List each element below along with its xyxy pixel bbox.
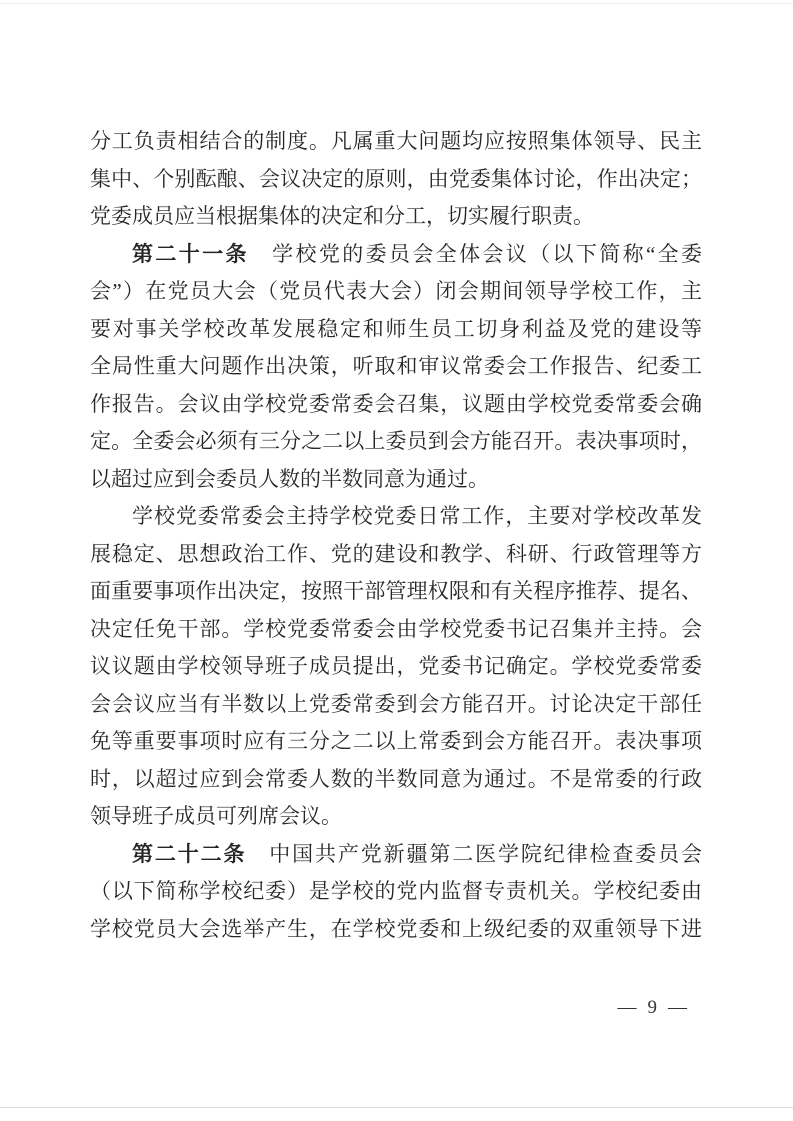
text-line: 集中、个别酝酿、会议决定的原则，由党委集体讨论，作出决定； xyxy=(90,161,702,199)
text-line: 定。全委会必须有三分之二以上委员到会方能召开。表决事项时， xyxy=(90,423,702,461)
text-line: 全局性重大问题作出决策，听取和审议常委会工作报告、纪委工 xyxy=(90,348,702,386)
text-line: 以超过应到会委员人数的半数同意为通过。 xyxy=(90,461,702,499)
text-line: 展稳定、思想政治工作、党的建设和教学、科研、行政管理等方 xyxy=(90,536,702,574)
text-line: 领导班子成员可列席会议。 xyxy=(90,798,702,836)
text-line: 议议题由学校领导班子成员提出，党委书记确定。学校党委常委 xyxy=(90,648,702,686)
text-line: 分工负责相结合的制度。凡属重大问题均应按照集体领导、民主 xyxy=(90,123,702,161)
text-line: 学校党员大会选举产生，在学校党委和上级纪委的双重领导下进 xyxy=(90,911,702,949)
text-line: 第二十二条 中国共产党新疆第二医学院纪律检查委员会 xyxy=(90,836,702,874)
text-line: 决定任免干部。学校党委常委会由学校党委书记召集并主持。会 xyxy=(90,611,702,649)
footer-dash-left: — xyxy=(618,997,637,1018)
paragraph: 第二十二条 中国共产党新疆第二医学院纪律检查委员会（以下简称学校纪委）是学校的党… xyxy=(90,836,702,949)
text-line: 第二十一条 学校党的委员会全体会议（以下简称“全委 xyxy=(90,236,702,274)
text-line: 党委成员应当根据集体的决定和分工，切实履行职责。 xyxy=(90,198,702,236)
text-line: （以下简称学校纪委）是学校的党内监督专责机关。学校纪委由 xyxy=(90,873,702,911)
text-line: 要对事关学校改革发展稳定和师生员工切身利益及党的建设等 xyxy=(90,311,702,349)
text-line: 时，以超过应到会常委人数的半数同意为通过。不是常委的行政 xyxy=(90,761,702,799)
scan-artifact-top-edge xyxy=(0,3,793,4)
text-line: 免等重要事项时应有三分之二以上常委到会方能召开。表决事项 xyxy=(90,723,702,761)
text-line: 面重要事项作出决定，按照干部管理权限和有关程序推荐、提名、 xyxy=(90,573,702,611)
document-page: 分工负责相结合的制度。凡属重大问题均应按照集体领导、民主集中、个别酝酿、会议决定… xyxy=(0,0,793,1121)
article-number-heading: 第二十一条 xyxy=(132,243,249,266)
text-line: 会会议应当有半数以上党委常委到会方能召开。讨论决定干部任 xyxy=(90,686,702,724)
document-body: 分工负责相结合的制度。凡属重大问题均应按照集体领导、民主集中、个别酝酿、会议决定… xyxy=(90,123,702,948)
paragraph: 分工负责相结合的制度。凡属重大问题均应按照集体领导、民主集中、个别酝酿、会议决定… xyxy=(90,123,702,236)
page-footer: —9— xyxy=(618,997,688,1019)
article-number-heading: 第二十二条 xyxy=(132,843,246,866)
paragraph: 学校党委常委会主持学校党委日常工作，主要对学校改革发展稳定、思想政治工作、党的建… xyxy=(90,498,702,836)
footer-dash-right: — xyxy=(668,997,687,1018)
text-line: 会”）在党员大会（党员代表大会）闭会期间领导学校工作，主 xyxy=(90,273,702,311)
page-number: 9 xyxy=(648,997,658,1018)
paragraph: 第二十一条 学校党的委员会全体会议（以下简称“全委会”）在党员大会（党员代表大会… xyxy=(90,236,702,499)
text-line: 学校党委常委会主持学校党委日常工作，主要对学校改革发 xyxy=(90,498,702,536)
text-line: 作报告。会议由学校党委常委会召集，议题由学校党委常委会确 xyxy=(90,386,702,424)
scan-artifact-bottom-line xyxy=(0,1107,793,1108)
